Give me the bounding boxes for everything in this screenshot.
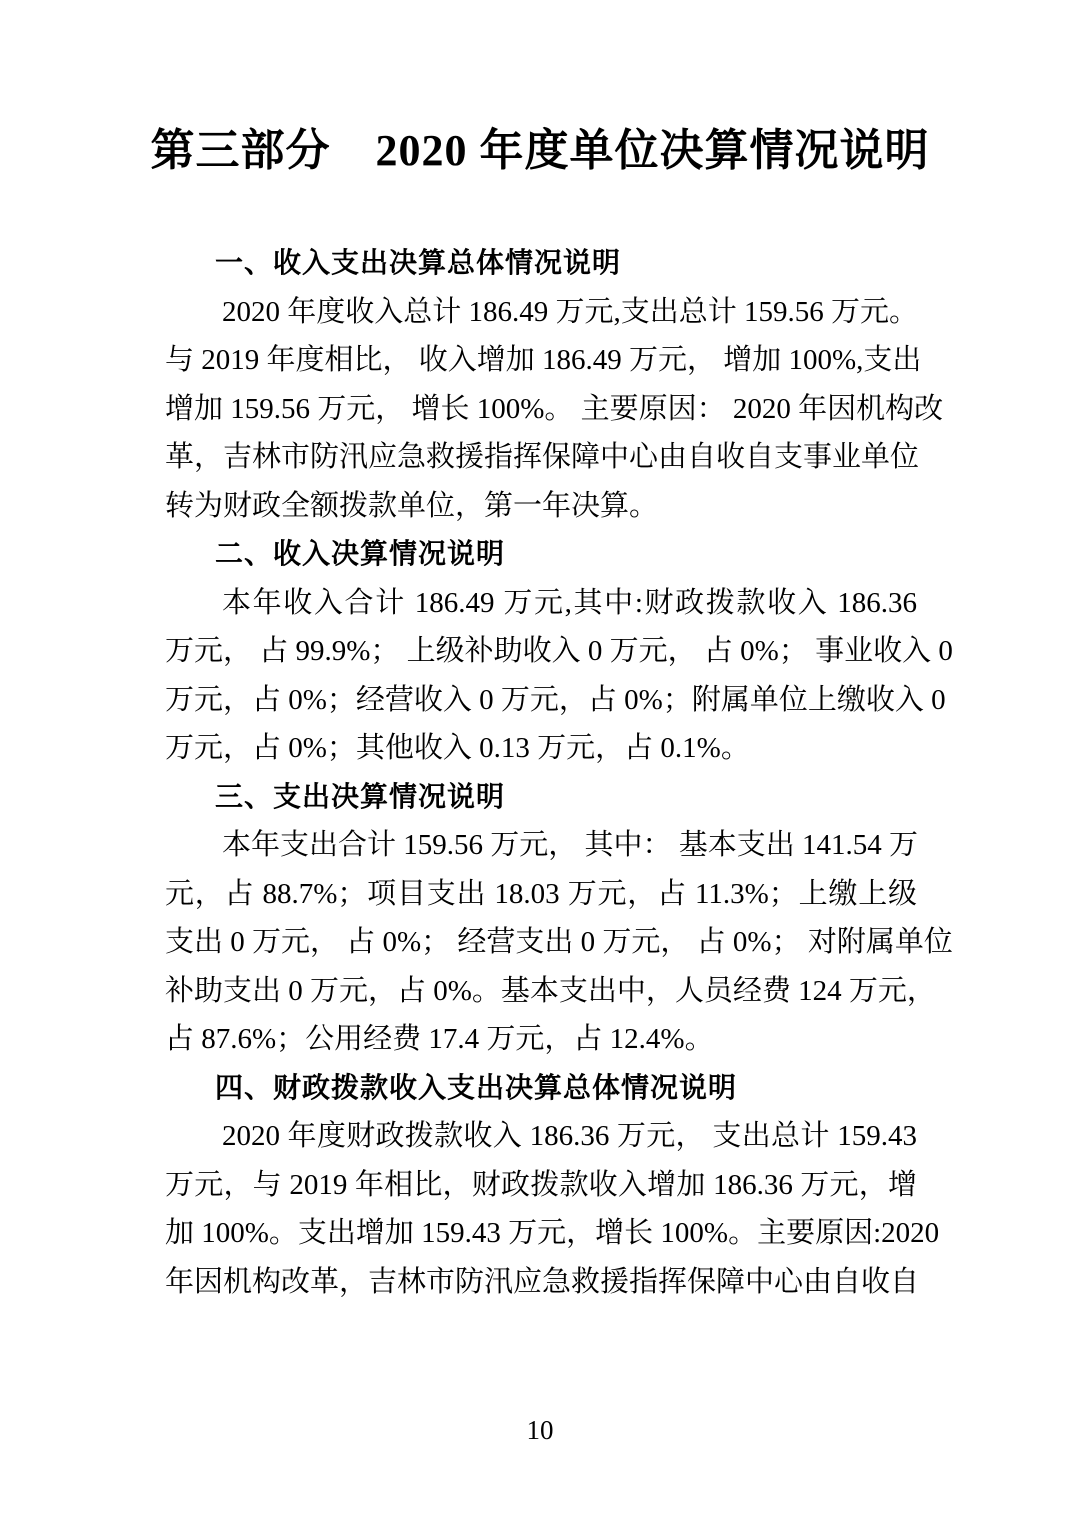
section-heading-1: 一、收入支出决算总体情况说明 [165,239,917,288]
section-heading-2: 二、收入决算情况说明 [165,530,917,579]
section-heading-3: 三、支出决算情况说明 [165,773,917,822]
paragraph-line: 万元， 占 99.9%； 上级补助收入 0 万元， 占 0%； 事业收入 0 [165,627,917,676]
paragraph-line: 与 2019 年度相比， 收入增加 186.49 万元， 增加 100%,支出 [165,336,917,385]
document-title: 第三部分 2020 年度单位决算情况说明 [0,0,1080,180]
paragraph-line: 占 87.6%；公用经费 17.4 万元，占 12.4%。 [165,1015,917,1064]
paragraph-line: 2020 年度收入总计 186.49 万元,支出总计 159.56 万元。 [165,288,917,337]
paragraph-line: 转为财政全额拨款单位，第一年决算。 [165,482,917,531]
paragraph-line: 加 100%。支出增加 159.43 万元，增长 100%。主要原因:2020 [165,1209,917,1258]
paragraph-line: 本年收入合计 186.49 万元,其中:财政拨款收入 186.36 [165,579,917,628]
document-body: 一、收入支出决算总体情况说明 2020 年度收入总计 186.49 万元,支出总… [165,239,917,1306]
paragraph-line: 元，占 88.7%；项目支出 18.03 万元，占 11.3%；上缴上级 [165,870,917,919]
paragraph-line: 万元，占 0%；其他收入 0.13 万元，占 0.1%。 [165,724,917,773]
paragraph-line: 革，吉林市防汛应急救援指挥保障中心由自收自支事业单位 [165,433,917,482]
paragraph-line: 本年支出合计 159.56 万元， 其中： 基本支出 141.54 万 [165,821,917,870]
paragraph-line: 2020 年度财政拨款收入 186.36 万元， 支出总计 159.43 [165,1112,917,1161]
paragraph-line: 年因机构改革，吉林市防汛应急救援指挥保障中心由自收自 [165,1258,917,1307]
paragraph-line: 万元，占 0%；经营收入 0 万元，占 0%；附属单位上缴收入 0 [165,676,917,725]
paragraph-line: 补助支出 0 万元，占 0%。基本支出中，人员经费 124 万元， [165,967,917,1016]
paragraph-line: 支出 0 万元， 占 0%； 经营支出 0 万元， 占 0%； 对附属单位 [165,918,917,967]
paragraph-line: 增加 159.56 万元， 增长 100%。 主要原因： 2020 年因机构改 [165,385,917,434]
document-page: 第三部分 2020 年度单位决算情况说明 一、收入支出决算总体情况说明 2020… [0,0,1080,1527]
page-number: 10 [0,1410,1080,1450]
section-heading-4: 四、财政拨款收入支出决算总体情况说明 [165,1064,917,1113]
paragraph-line: 万元，与 2019 年相比，财政拨款收入增加 186.36 万元，增 [165,1161,917,1210]
